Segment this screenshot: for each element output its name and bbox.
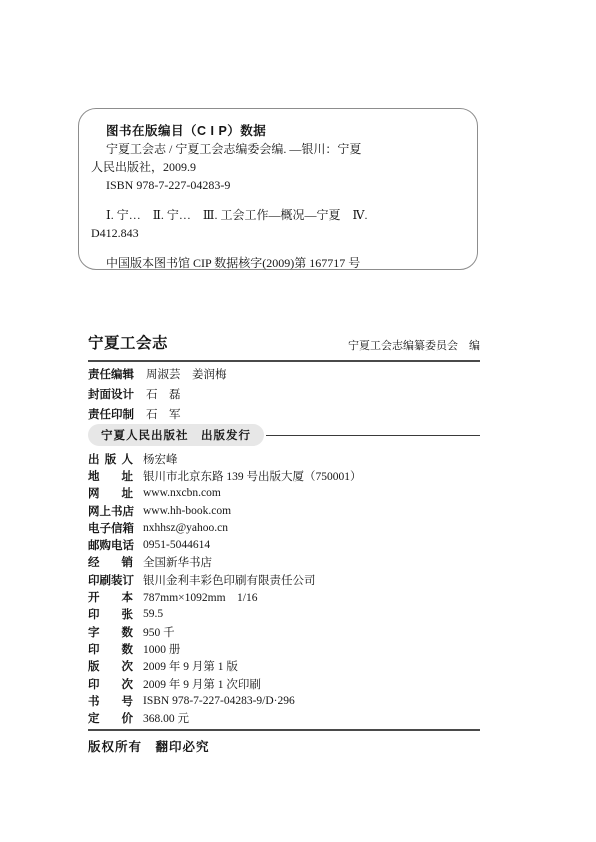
detail-value: 950 千 — [143, 624, 175, 640]
detail-row-printer: 印刷装订 银川金利丰彩色印刷有限责任公司 — [88, 571, 480, 588]
staff-value: 石 磊 — [146, 386, 181, 402]
staff-row: 责任印制 石 军 — [88, 404, 480, 424]
detail-label: 版次 — [88, 658, 133, 674]
cip-class-code: D412.843 — [91, 224, 461, 242]
detail-value: www.nxcbn.com — [143, 487, 221, 499]
staff-row: 责任编辑 周淑芸 姜润梅 — [88, 364, 480, 384]
detail-row-email: 电子信箱 nxhhsz@yahoo.cn — [88, 519, 480, 536]
colophon-main: 宁夏工会志 宁夏工会志编纂委员会 编 责任编辑 周淑芸 姜润梅 封面设计 石 磊… — [88, 331, 480, 755]
detail-label: 印张 — [88, 606, 133, 622]
detail-label: 网址 — [88, 485, 133, 501]
cip-data-box: 图书在版编目（C I P）数据 宁夏工会志 / 宁夏工会志编委会编. —银川：宁… — [78, 108, 478, 270]
staff-value: 石 军 — [146, 406, 181, 422]
detail-row-price: 定价 368.00 元 — [88, 709, 480, 726]
detail-value: 0951-5044614 — [143, 539, 210, 551]
cip-record-number: 中国版本图书馆 CIP 数据核字(2009)第 167717 号 — [91, 254, 461, 272]
detail-row-address: 地址 银川市北京东路 139 号出版大厦（750001） — [88, 467, 480, 484]
detail-label: 印次 — [88, 676, 133, 692]
detail-label: 字数 — [88, 624, 133, 640]
publisher-banner: 宁夏人民出版社 出版发行 — [88, 424, 264, 446]
detail-value: ISBN 978-7-227-04283-9/D·296 — [143, 695, 295, 707]
staff-label: 责任印制 — [88, 406, 134, 422]
detail-value: 杨宏峰 — [143, 451, 178, 467]
detail-row-distributor: 经销 全国新华书店 — [88, 554, 480, 571]
detail-label: 定价 — [88, 710, 133, 726]
detail-value: 2009 年 9 月第 1 次印刷 — [143, 676, 261, 692]
staff-label: 封面设计 — [88, 386, 134, 402]
staff-value: 周淑芸 姜润梅 — [146, 366, 227, 382]
detail-value: 2009 年 9 月第 1 版 — [143, 658, 238, 674]
detail-row-sheets: 印张 59.5 — [88, 606, 480, 623]
editor-credit: 宁夏工会志编纂委员会 编 — [348, 337, 480, 353]
detail-label: 邮购电话 — [88, 537, 133, 553]
detail-value: 787mm×1092mm 1/16 — [143, 589, 257, 605]
detail-value: 1000 册 — [143, 641, 180, 657]
copyright-notice: 版权所有 翻印必究 — [88, 737, 480, 755]
detail-label: 电子信箱 — [88, 520, 133, 536]
detail-value: 368.00 元 — [143, 710, 189, 726]
cip-isbn: ISBN 978-7-227-04283-9 — [91, 176, 461, 194]
banner-rule — [266, 435, 480, 436]
detail-value: nxhhsz@yahoo.cn — [143, 522, 228, 534]
detail-label: 网上书店 — [88, 503, 133, 519]
detail-row-print-run: 印数 1000 册 — [88, 640, 480, 657]
detail-label: 开本 — [88, 589, 133, 605]
detail-label: 出版人 — [88, 451, 133, 467]
detail-label: 印刷装订 — [88, 572, 133, 588]
detail-row-phone: 邮购电话 0951-5044614 — [88, 536, 480, 553]
detail-label: 印数 — [88, 641, 133, 657]
staff-row: 封面设计 石 磊 — [88, 384, 480, 404]
publication-details: 出版人 杨宏峰 地址 银川市北京东路 139 号出版大厦（750001） 网址 … — [88, 450, 480, 727]
detail-row-online-store: 网上书店 www.hh-book.com — [88, 502, 480, 519]
detail-row-edition: 版次 2009 年 9 月第 1 版 — [88, 658, 480, 675]
detail-value: 银川金利丰彩色印刷有限责任公司 — [143, 572, 316, 588]
detail-row-word-count: 字数 950 千 — [88, 623, 480, 640]
detail-value: 银川市北京东路 139 号出版大厦（750001） — [143, 468, 362, 484]
cip-classification: Ⅰ. 宁… Ⅱ. 宁… Ⅲ. 工会工作—概况—宁夏 Ⅳ. — [91, 206, 461, 224]
book-title: 宁夏工会志 — [88, 331, 168, 353]
bottom-rule — [88, 729, 480, 731]
detail-row-book-number: 书号 ISBN 978-7-227-04283-9/D·296 — [88, 692, 480, 709]
detail-label: 书号 — [88, 693, 133, 709]
staff-label: 责任编辑 — [88, 366, 134, 382]
detail-row-website: 网址 www.nxcbn.com — [88, 485, 480, 502]
detail-row-printing: 印次 2009 年 9 月第 1 次印刷 — [88, 675, 480, 692]
colophon-page: { "cip": { "heading": "图书在版编目（C I P）数据",… — [0, 0, 596, 842]
cip-heading: 图书在版编目（C I P）数据 — [91, 122, 461, 140]
detail-value: www.hh-book.com — [143, 505, 231, 517]
detail-value: 全国新华书店 — [143, 554, 212, 570]
cip-entry-line1: 宁夏工会志 / 宁夏工会志编委会编. —银川：宁夏 — [91, 140, 461, 158]
detail-label: 地址 — [88, 468, 133, 484]
detail-row-publisher-person: 出版人 杨宏峰 — [88, 450, 480, 467]
publisher-banner-row: 宁夏人民出版社 出版发行 — [88, 424, 480, 446]
staff-section: 责任编辑 周淑芸 姜润梅 封面设计 石 磊 责任印制 石 军 — [88, 364, 480, 424]
detail-value: 59.5 — [143, 608, 163, 620]
title-row: 宁夏工会志 宁夏工会志编纂委员会 编 — [88, 331, 480, 362]
cip-entry-line2: 人民出版社，2009.9 — [91, 158, 461, 176]
detail-row-format: 开本 787mm×1092mm 1/16 — [88, 588, 480, 605]
detail-label: 经销 — [88, 554, 133, 570]
